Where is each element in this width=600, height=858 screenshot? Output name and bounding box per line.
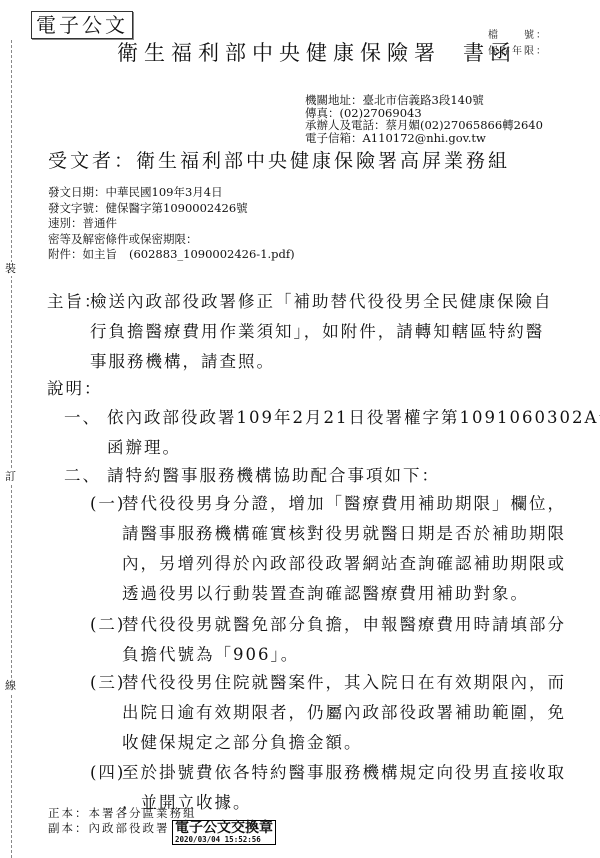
subitem-1-line-2: 請醫事服務機構確實核對役男就醫日期是否於補助期限 bbox=[122, 519, 566, 549]
item-1-mark: 一、 bbox=[64, 403, 101, 433]
subitem-2-mark: (二) bbox=[90, 610, 125, 640]
subitem-4-line-1: 至於掛號費依各特約醫事服務機構規定向役男直接收取 bbox=[122, 758, 566, 788]
send-number: 發文字號：健保醫字第1090002426號 bbox=[48, 201, 295, 217]
handler-phone: 承辦人及電話：蔡月媚(02)27065866轉2640 bbox=[305, 119, 543, 132]
send-info-block: 發文日期：中華民國109年3月4日 發文字號：健保醫字第1090002426號 … bbox=[48, 185, 295, 263]
attachment-row: 附件：如主旨(602883_1090002426-1.pdf) bbox=[48, 247, 295, 263]
explanation-label: 說明： bbox=[47, 374, 103, 404]
subitem-1-line-1: 替代役役男身分證，增加「醫療費用補助期限」欄位， bbox=[122, 489, 566, 519]
email-address: 電子信箱：A110172@nhi.gov.tw bbox=[305, 132, 543, 145]
binding-mark-zhuang: 裝 bbox=[5, 262, 16, 276]
subitem-3-mark: (三) bbox=[90, 668, 125, 698]
delivery-speed: 速別：普通件 bbox=[48, 216, 295, 232]
document-title: 衛生福利部中央健康保險署書函 bbox=[117, 38, 517, 68]
subject-line-1: 檢送內政部役政署修正「補助替代役役男全民健康保險自 bbox=[90, 287, 553, 317]
attachment-label: 附件：如主旨 bbox=[48, 247, 117, 261]
subitem-2-line-1: 替代役役男就醫免部分負擔，申報醫療費用時請填部分 bbox=[122, 610, 566, 640]
agency-name: 衛生福利部中央健康保險署 bbox=[117, 41, 441, 65]
attachment-file-link[interactable]: (602883_1090002426-1.pdf) bbox=[129, 247, 295, 261]
subitem-3-line-3: 收健保規定之部分負擔金額。 bbox=[122, 728, 363, 758]
secrecy-level: 密等及解密條件或保密期限： bbox=[48, 232, 295, 248]
recipient: 受文者：衛生福利部中央健康保險署高屏業務組 bbox=[48, 148, 510, 174]
item-2-mark: 二、 bbox=[64, 461, 101, 491]
e-document-stamp: 電子公文 bbox=[31, 11, 133, 39]
seal-title: 電子公文交換章 bbox=[175, 821, 273, 836]
seal-timestamp: 2020/03/04 15:52:56 bbox=[175, 836, 273, 844]
item-1-line-1: 依內政部役政署109年2月21日役署權字第1091060302A號 bbox=[107, 403, 600, 433]
subitem-3-line-2: 出院日逾有效期限者，仍屬內政部役政署補助範圍，免 bbox=[122, 698, 566, 728]
exchange-seal: 電子公文交換章 2020/03/04 15:52:56 bbox=[172, 820, 276, 845]
item-2-line-1: 請特約醫事服務機構協助配合事項如下： bbox=[107, 461, 440, 491]
subject-line-3: 事服務機構，請查照。 bbox=[90, 347, 275, 377]
agency-address: 機關地址：臺北市信義路3段140號 bbox=[305, 94, 543, 107]
subitem-1-mark: (一) bbox=[90, 489, 125, 519]
binding-margin-line bbox=[11, 40, 12, 858]
subitem-4-mark: (四) bbox=[90, 758, 125, 788]
document-type: 書函 bbox=[463, 41, 517, 65]
subitem-2-line-2: 負擔代號為「906」。 bbox=[122, 640, 299, 670]
send-date: 發文日期：中華民國109年3月4日 bbox=[48, 185, 295, 201]
binding-mark-xian: 線 bbox=[5, 679, 16, 693]
original-recipients: 正本：本署各分區業務組 bbox=[48, 806, 197, 821]
subitem-3-line-1: 替代役役男住院就醫案件，其入院日在有效期限內，而 bbox=[122, 668, 566, 698]
item-1-line-2: 函辦理。 bbox=[107, 433, 181, 463]
subject-line-2: 行負擔醫療費用作業須知」，如附件，請轉知轄區特約醫 bbox=[90, 317, 544, 347]
subitem-1-line-4: 透過役男以行動裝置查詢確認醫療費用補助對象。 bbox=[122, 579, 529, 609]
subitem-1-line-3: 內，另增列得於內政部役政署網站查詢確認補助期限或 bbox=[122, 549, 566, 579]
binding-mark-ding: 訂 bbox=[5, 470, 16, 484]
contact-block: 機關地址：臺北市信義路3段140號 傳真：(02)27069043 承辦人及電話… bbox=[305, 94, 543, 144]
